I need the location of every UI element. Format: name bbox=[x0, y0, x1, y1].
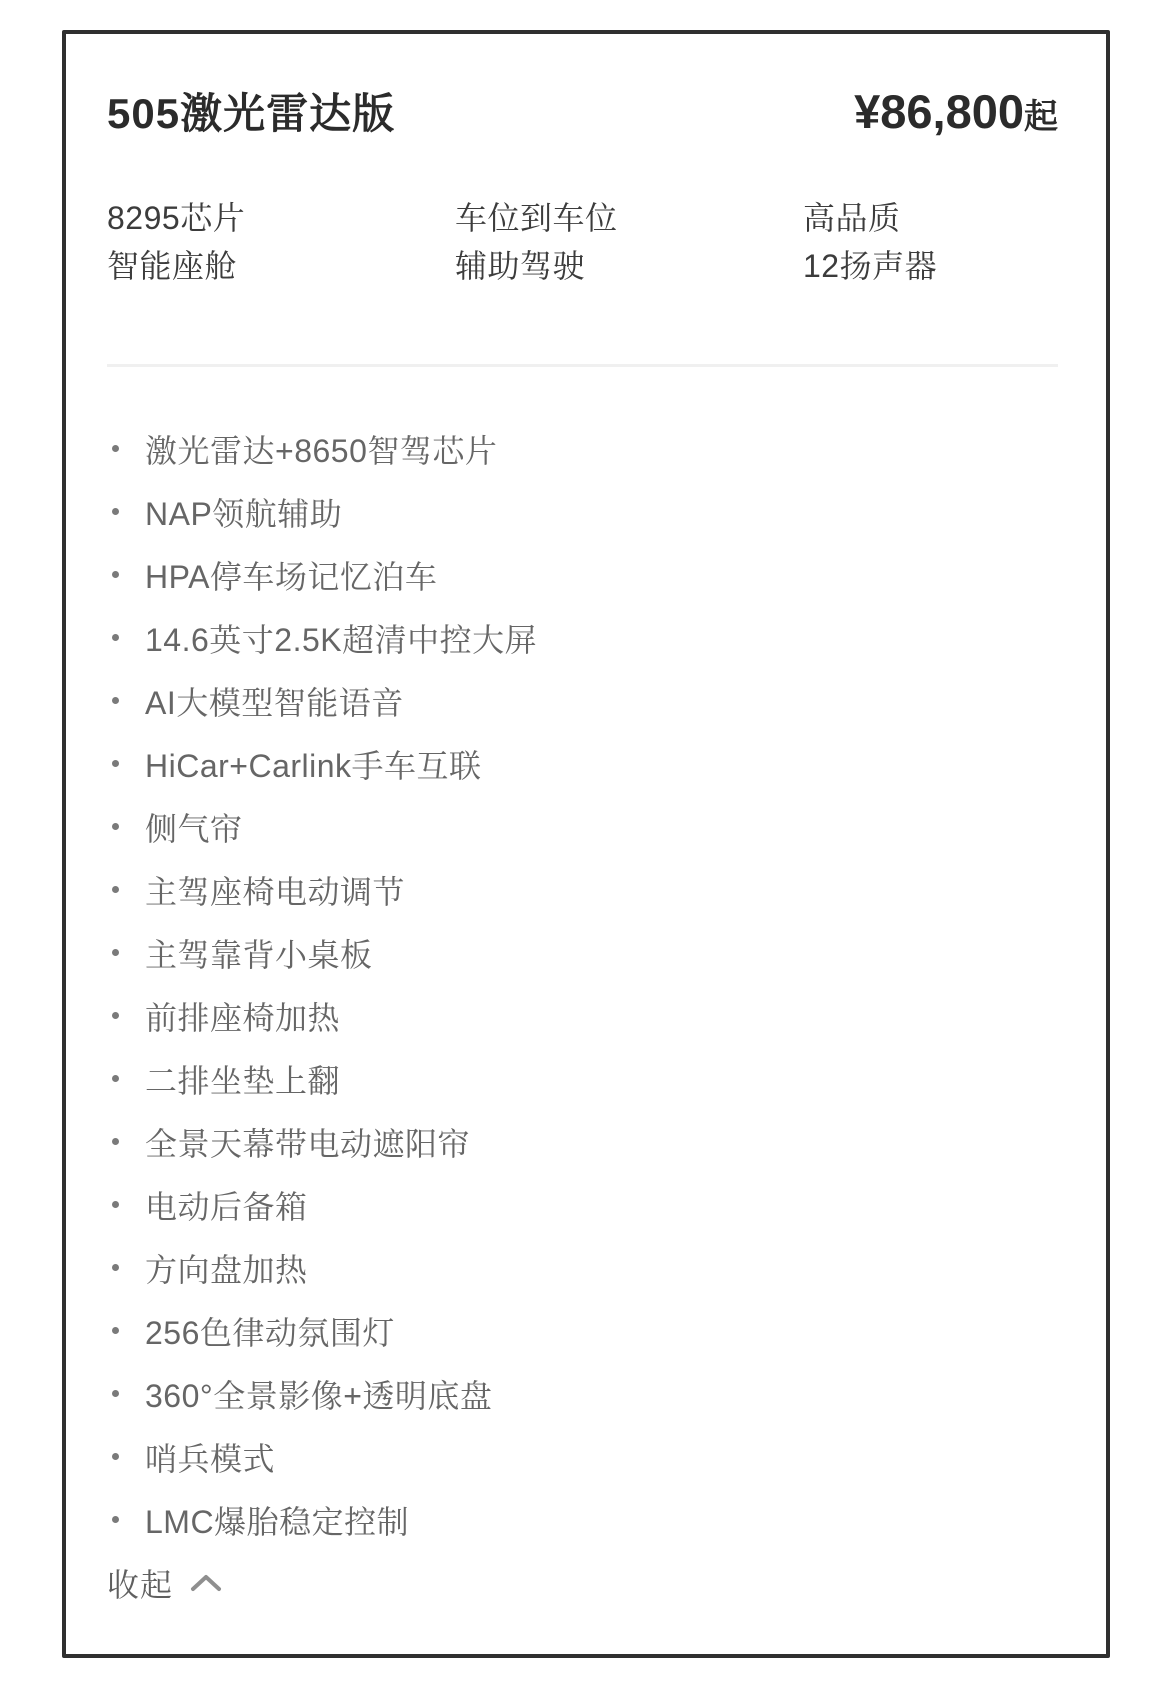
divider bbox=[107, 364, 1058, 367]
bullet-icon bbox=[112, 445, 119, 452]
bullet-icon bbox=[112, 571, 119, 578]
price-amount: ¥86,800 bbox=[854, 85, 1024, 138]
feature-item: LMC爆胎稳定控制 bbox=[107, 1488, 1058, 1551]
bullet-icon bbox=[112, 886, 119, 893]
bullet-icon bbox=[112, 634, 119, 641]
feature-item: NAP领航辅助 bbox=[107, 480, 1058, 543]
chevron-up-icon bbox=[189, 1573, 223, 1593]
bullet-icon bbox=[112, 1264, 119, 1271]
bullet-icon bbox=[112, 508, 119, 515]
feature-item: HPA停车场记忆泊车 bbox=[107, 543, 1058, 606]
feature-item: HiCar+Carlink手车互联 bbox=[107, 732, 1058, 795]
bullet-icon bbox=[112, 1075, 119, 1082]
feature-item: 256色律动氛围灯 bbox=[107, 1299, 1058, 1362]
card-header: 505激光雷达版 ¥86,800起 bbox=[107, 88, 1058, 136]
highlight-smart-cockpit: 8295芯片 智能座舱 bbox=[107, 194, 455, 290]
feature-item: 360°全景影像+透明底盘 bbox=[107, 1362, 1058, 1425]
feature-item: 前排座椅加热 bbox=[107, 984, 1058, 1047]
trim-card: 505激光雷达版 ¥86,800起 8295芯片 智能座舱 车位到车位 辅助驾驶… bbox=[62, 30, 1110, 1658]
bullet-icon bbox=[112, 949, 119, 956]
highlight-line: 车位到车位 bbox=[455, 194, 803, 242]
collapse-label: 收起 bbox=[107, 1560, 173, 1606]
feature-item: 方向盘加热 bbox=[107, 1236, 1058, 1299]
bullet-icon bbox=[112, 1138, 119, 1145]
trim-title: 505激光雷达版 bbox=[107, 90, 395, 138]
highlight-line: 8295芯片 bbox=[107, 194, 455, 242]
feature-item: 哨兵模式 bbox=[107, 1425, 1058, 1488]
feature-item: 全景天幕带电动遮阳帘 bbox=[107, 1110, 1058, 1173]
bullet-icon bbox=[112, 823, 119, 830]
bullet-icon bbox=[112, 1327, 119, 1334]
highlight-line: 辅助驾驶 bbox=[455, 242, 803, 290]
collapse-button[interactable]: 收起 bbox=[107, 1551, 223, 1614]
feature-list: 激光雷达+8650智驾芯片 NAP领航辅助 HPA停车场记忆泊车 14.6英寸2… bbox=[107, 417, 1058, 1551]
highlights-row: 8295芯片 智能座舱 车位到车位 辅助驾驶 高品质 12扬声器 bbox=[107, 194, 1058, 290]
bullet-icon bbox=[112, 1012, 119, 1019]
highlight-line: 12扬声器 bbox=[803, 242, 937, 290]
feature-item: 二排坐垫上翻 bbox=[107, 1047, 1058, 1110]
bullet-icon bbox=[112, 760, 119, 767]
feature-item: AI大模型智能语音 bbox=[107, 669, 1058, 732]
trim-price: ¥86,800起 bbox=[854, 88, 1058, 141]
bullet-icon bbox=[112, 1453, 119, 1460]
bullet-icon bbox=[112, 1201, 119, 1208]
bullet-icon bbox=[112, 697, 119, 704]
highlight-line: 智能座舱 bbox=[107, 242, 455, 290]
feature-item: 主驾靠背小桌板 bbox=[107, 921, 1058, 984]
feature-item: 电动后备箱 bbox=[107, 1173, 1058, 1236]
feature-item: 激光雷达+8650智驾芯片 bbox=[107, 417, 1058, 480]
feature-item: 主驾座椅电动调节 bbox=[107, 858, 1058, 921]
bullet-icon bbox=[112, 1390, 119, 1397]
highlight-speakers: 高品质 12扬声器 bbox=[803, 194, 937, 290]
feature-item: 侧气帘 bbox=[107, 795, 1058, 858]
feature-item: 14.6英寸2.5K超清中控大屏 bbox=[107, 606, 1058, 669]
bullet-icon bbox=[112, 1516, 119, 1523]
price-suffix: 起 bbox=[1024, 98, 1058, 136]
highlight-line: 高品质 bbox=[803, 194, 937, 242]
highlight-assisted-driving: 车位到车位 辅助驾驶 bbox=[455, 194, 803, 290]
